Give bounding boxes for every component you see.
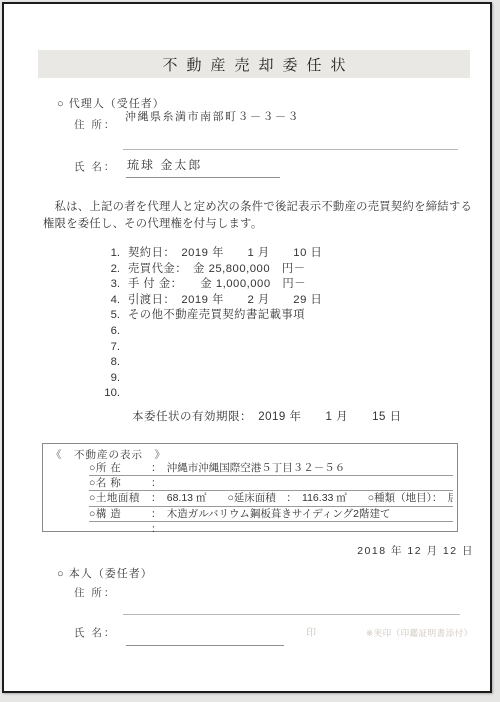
conditions-list: 1.契約日： 2019 年 1 月 10 日 2.売買代金： 金 25,800,… [103,246,322,402]
property-row-name: ○名 称： [89,476,453,491]
principal-name-label: 氏 名： [74,625,116,640]
condition-item: 1.契約日： 2019 年 1 月 10 日 [103,246,322,262]
condition-number: 1. [103,246,120,262]
condition-item: 3.手 付 金： 金 1,000,000 円－ [103,277,322,293]
property-row-value: ： 68.13 ㎡ ○延床面積 ： 116.33 ㎡ ○種類（地目）： 居宅 [151,492,453,504]
property-row-value: ： 沖縄市沖縄国際空港５丁目３２－５６ [151,462,345,474]
property-rows: ○所 在： 沖縄市沖縄国際空港５丁目３２－５６ ○名 称： ○土地面積： 68.… [89,461,453,536]
condition-number: 8. [103,355,120,371]
condition-text: 引渡日： 2019 年 2 月 29 日 [128,294,322,306]
condition-number: 10. [103,386,120,402]
condition-text: 手 付 金： 金 1,000,000 円－ [128,278,306,290]
principal-name-underline [126,645,284,646]
condition-text: 売買代金： 金 25,800,000 円－ [128,263,306,275]
document-title: 不動産売却委任状 [153,54,354,75]
condition-number: 7. [103,340,120,356]
condition-number: 6. [103,324,120,340]
registered-seal-note: ※実印（印鑑証明書添付） [366,627,473,639]
agent-address-label: 住 所： [74,117,116,132]
condition-item: 9. [103,371,322,387]
property-row-label: ○所 在 [89,461,151,475]
property-row-value: ： [151,477,162,489]
condition-number: 2. [103,262,120,278]
paragraph-line-1: 私は、上記の者を代理人と定め次の条件で後記表示不動産の売買契約を締結する [43,199,459,216]
condition-item: 6. [103,324,322,340]
condition-text: その他不動産売買契約書記載事項 [128,309,305,321]
agent-name-underline [126,177,280,178]
agent-address-underline [123,149,458,150]
delegation-paragraph: 私は、上記の者を代理人と定め次の条件で後記表示不動産の売買契約を締結する 権限を… [43,199,459,233]
property-row-area: ○土地面積： 68.13 ㎡ ○延床面積 ： 116.33 ㎡ ○種類（地目）：… [89,491,453,506]
condition-number: 3. [103,277,120,293]
document-canvas: 不動産売却委任状 ○ 代理人（受任者） 住 所： 沖縄県糸満市南部町３－３－３ … [0,0,500,702]
condition-item: 4.引渡日： 2019 年 2 月 29 日 [103,293,322,309]
seal-placeholder-mark: 印 [306,624,316,639]
paragraph-line-2: 権限を委任し、その代理権を付与します。 [43,216,459,233]
document-date: 2018 年 12 月 12 日 [357,543,474,558]
title-band: 不動産売却委任状 [38,50,470,78]
property-row-label: ○構 造 [89,507,151,521]
property-row-location: ○所 在： 沖縄市沖縄国際空港５丁目３２－５６ [89,461,453,476]
condition-item: 2.売買代金： 金 25,800,000 円－ [103,262,322,278]
condition-number: 9. [103,371,120,387]
principal-address-underline [123,614,460,615]
agent-name-value: 琉球 金太郎 [127,156,202,173]
agent-name-label: 氏 名： [74,159,116,174]
condition-text: 契約日： 2019 年 1 月 10 日 [128,247,322,259]
principal-address-label: 住 所： [74,585,116,600]
property-box-heading: 《 不動産の表示 》 [51,447,166,462]
agent-address-value: 沖縄県糸満市南部町３－３－３ [125,108,300,124]
property-row-label: ○土地面積 [89,491,151,505]
condition-item: 10. [103,386,322,402]
condition-item: 8. [103,355,322,371]
property-row-value: ： [151,523,162,535]
validity-period: 本委任状の有効期限： 2019 年 1 月 15 日 [132,408,402,424]
property-row-structure: ○構 造： 木造ガルバリウム鋼板葺きサイディング2階建て [89,507,453,522]
property-description-box: 《 不動産の表示 》 ○所 在： 沖縄市沖縄国際空港５丁目３２－５６ ○名 称：… [42,443,458,532]
property-row-label: ○名 称 [89,476,151,490]
principal-section-heading: ○ 本人（委任者） [57,565,153,581]
property-row-empty: ： [89,522,453,536]
condition-item: 5.その他不動産売買契約書記載事項 [103,308,322,324]
condition-item: 7. [103,340,322,356]
property-row-value: ： 木造ガルバリウム鋼板葺きサイディング2階建て [151,508,390,520]
condition-number: 4. [103,293,120,309]
condition-number: 5. [103,308,120,324]
